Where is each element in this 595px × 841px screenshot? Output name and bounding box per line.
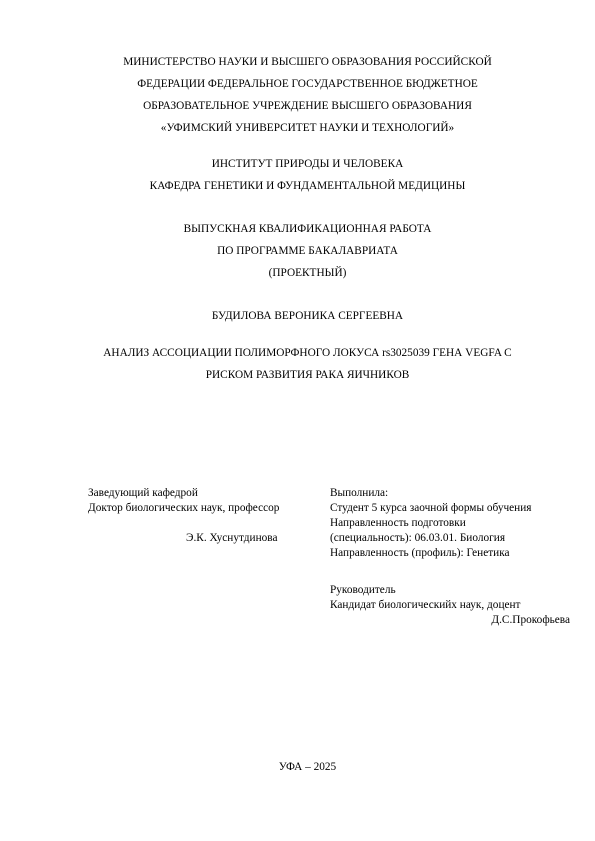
ministry-header: МИНИСТЕРСТВО НАУКИ И ВЫСШЕГО ОБРАЗОВАНИЯ… [60,51,555,139]
work-type-block: ВЫПУСКНАЯ КВАЛИФИКАЦИОННАЯ РАБОТА ПО ПРО… [60,218,555,284]
work-type-line: ВЫПУСКНАЯ КВАЛИФИКАЦИОННАЯ РАБОТА [60,218,555,240]
author-block: БУДИЛОВА ВЕРОНИКА СЕРГЕЕВНА [60,305,555,327]
performer-line: (специальность): 06.03.01. Биология [330,531,570,546]
head-degree: Доктор биологических наук, профессор [88,501,318,516]
header-line: МИНИСТЕРСТВО НАУКИ И ВЫСШЕГО ОБРАЗОВАНИЯ… [60,51,555,73]
thesis-title: АНАЛИЗ АССОЦИАЦИИ ПОЛИМОРФНОГО ЛОКУСА rs… [40,342,575,386]
institute-block: ИНСТИТУТ ПРИРОДЫ И ЧЕЛОВЕКА КАФЕДРА ГЕНЕ… [60,153,555,197]
thesis-title-line: АНАЛИЗ АССОЦИАЦИИ ПОЛИМОРФНОГО ЛОКУСА rs… [40,342,575,364]
title-page: МИНИСТЕРСТВО НАУКИ И ВЫСШЕГО ОБРАЗОВАНИЯ… [0,0,595,841]
supervisor-signature: Руководитель Кандидат биологическийх нау… [330,583,570,628]
institute-name: ИНСТИТУТ ПРИРОДЫ И ЧЕЛОВЕКА [60,153,555,175]
head-name: Э.К. Хуснутдинова [88,531,318,546]
work-type-line: ПО ПРОГРАММЕ БАКАЛАВРИАТА [60,240,555,262]
supervisor-name: Д.С.Прокофьева [330,613,570,628]
head-of-department-signature: Заведующий кафедрой Доктор биологических… [88,486,318,546]
performer-line: Направленность (профиль): Генетика [330,546,570,561]
supervisor-degree: Кандидат биологическийх наук, доцент [330,598,570,613]
header-line: ФЕДЕРАЦИИ ФЕДЕРАЛЬНОЕ ГОСУДАРСТВЕННОЕ БЮ… [60,73,555,95]
city-year: УФА – 2025 [60,756,555,778]
header-line: «УФИМСКИЙ УНИВЕРСИТЕТ НАУКИ И ТЕХНОЛОГИЙ… [60,117,555,139]
header-line: ОБРАЗОВАТЕЛЬНОЕ УЧРЕЖДЕНИЕ ВЫСШЕГО ОБРАЗ… [60,95,555,117]
head-role: Заведующий кафедрой [88,486,318,501]
author-name: БУДИЛОВА ВЕРОНИКА СЕРГЕЕВНА [60,305,555,327]
city-year-text: УФА – 2025 [60,756,555,778]
performer-block: Выполнила: Студент 5 курса заочной формы… [330,486,570,561]
work-type-line: (ПРОЕКТНЫЙ) [60,262,555,284]
performer-label: Выполнила: [330,486,570,501]
thesis-title-line: РИСКОМ РАЗВИТИЯ РАКА ЯИЧНИКОВ [40,364,575,386]
department-name: КАФЕДРА ГЕНЕТИКИ И ФУНДАМЕНТАЛЬНОЙ МЕДИЦ… [60,175,555,197]
performer-line: Направленность подготовки [330,516,570,531]
performer-line: Студент 5 курса заочной формы обучения [330,501,570,516]
supervisor-role: Руководитель [330,583,570,598]
